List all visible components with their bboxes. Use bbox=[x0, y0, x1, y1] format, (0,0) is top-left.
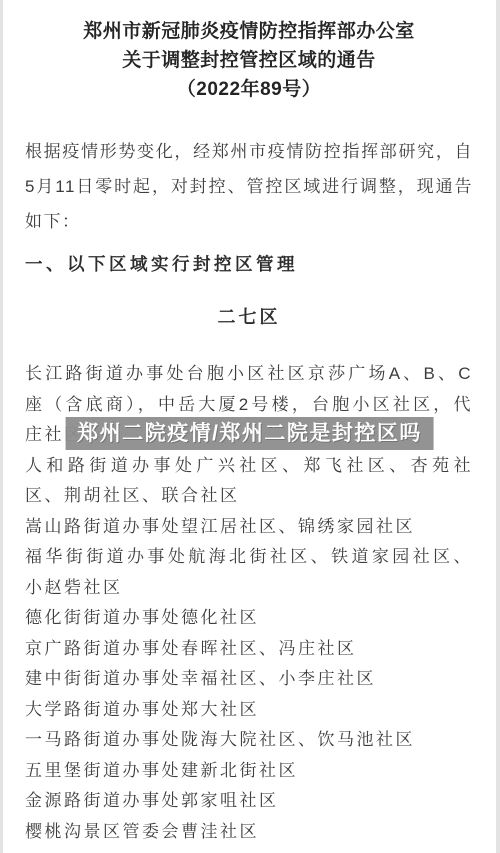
closure-area-item: 建中街街道办事处幸福社区、小李庄社区 bbox=[25, 664, 473, 695]
closure-area-item: 福华街街道办事处航海北街社区、铁道家园社区、小赵砦社区 bbox=[25, 542, 473, 603]
district-heading: 二七区 bbox=[25, 306, 473, 328]
closure-area-item: 德化街街道办事处德化社区 bbox=[25, 603, 473, 634]
title-line-2: 关于调整封控管控区域的通告 bbox=[25, 46, 473, 75]
closure-area-item: 五里堡街道办事处建新北街社区 bbox=[25, 756, 473, 787]
notice-title: 郑州市新冠肺炎疫情防控指挥部办公室 关于调整封控管控区域的通告 （2022年89… bbox=[25, 17, 473, 104]
watermark-overlay: 郑州二院疫情/郑州二院是封控区吗 bbox=[65, 417, 434, 450]
closure-area-item: 京广路街道办事处春晖社区、冯庄社区 bbox=[25, 634, 473, 665]
notice-document: 郑州市新冠肺炎疫情防控指挥部办公室 关于调整封控管控区域的通告 （2022年89… bbox=[3, 0, 496, 853]
title-line-3: （2022年89号） bbox=[25, 75, 473, 104]
closure-area-item: 樱桃沟景区管委会曹洼社区 bbox=[25, 817, 473, 848]
closure-area-item: 人和路街道办事处广兴社区、郑飞社区、杏苑社区、荆胡社区、联合社区 bbox=[25, 451, 473, 512]
closure-area-item: 大学路街道办事处郑大社区 bbox=[25, 695, 473, 726]
section-1-heading: 一、以下区域实行封控区管理 bbox=[25, 252, 473, 276]
title-line-1: 郑州市新冠肺炎疫情防控指挥部办公室 bbox=[25, 17, 473, 46]
closure-area-item: 金源路街道办事处郭家咀社区 bbox=[25, 786, 473, 817]
closure-area-item: 一马路街道办事处陇海大院社区、饮马池社区 bbox=[25, 725, 473, 756]
closure-area-item: 嵩山路街道办事处望江居社区、锦绣家园社区 bbox=[25, 512, 473, 543]
notice-intro: 根据疫情形势变化，经郑州市疫情防控指挥部研究，自5月11日零时起，对封控、管控区… bbox=[25, 134, 473, 239]
